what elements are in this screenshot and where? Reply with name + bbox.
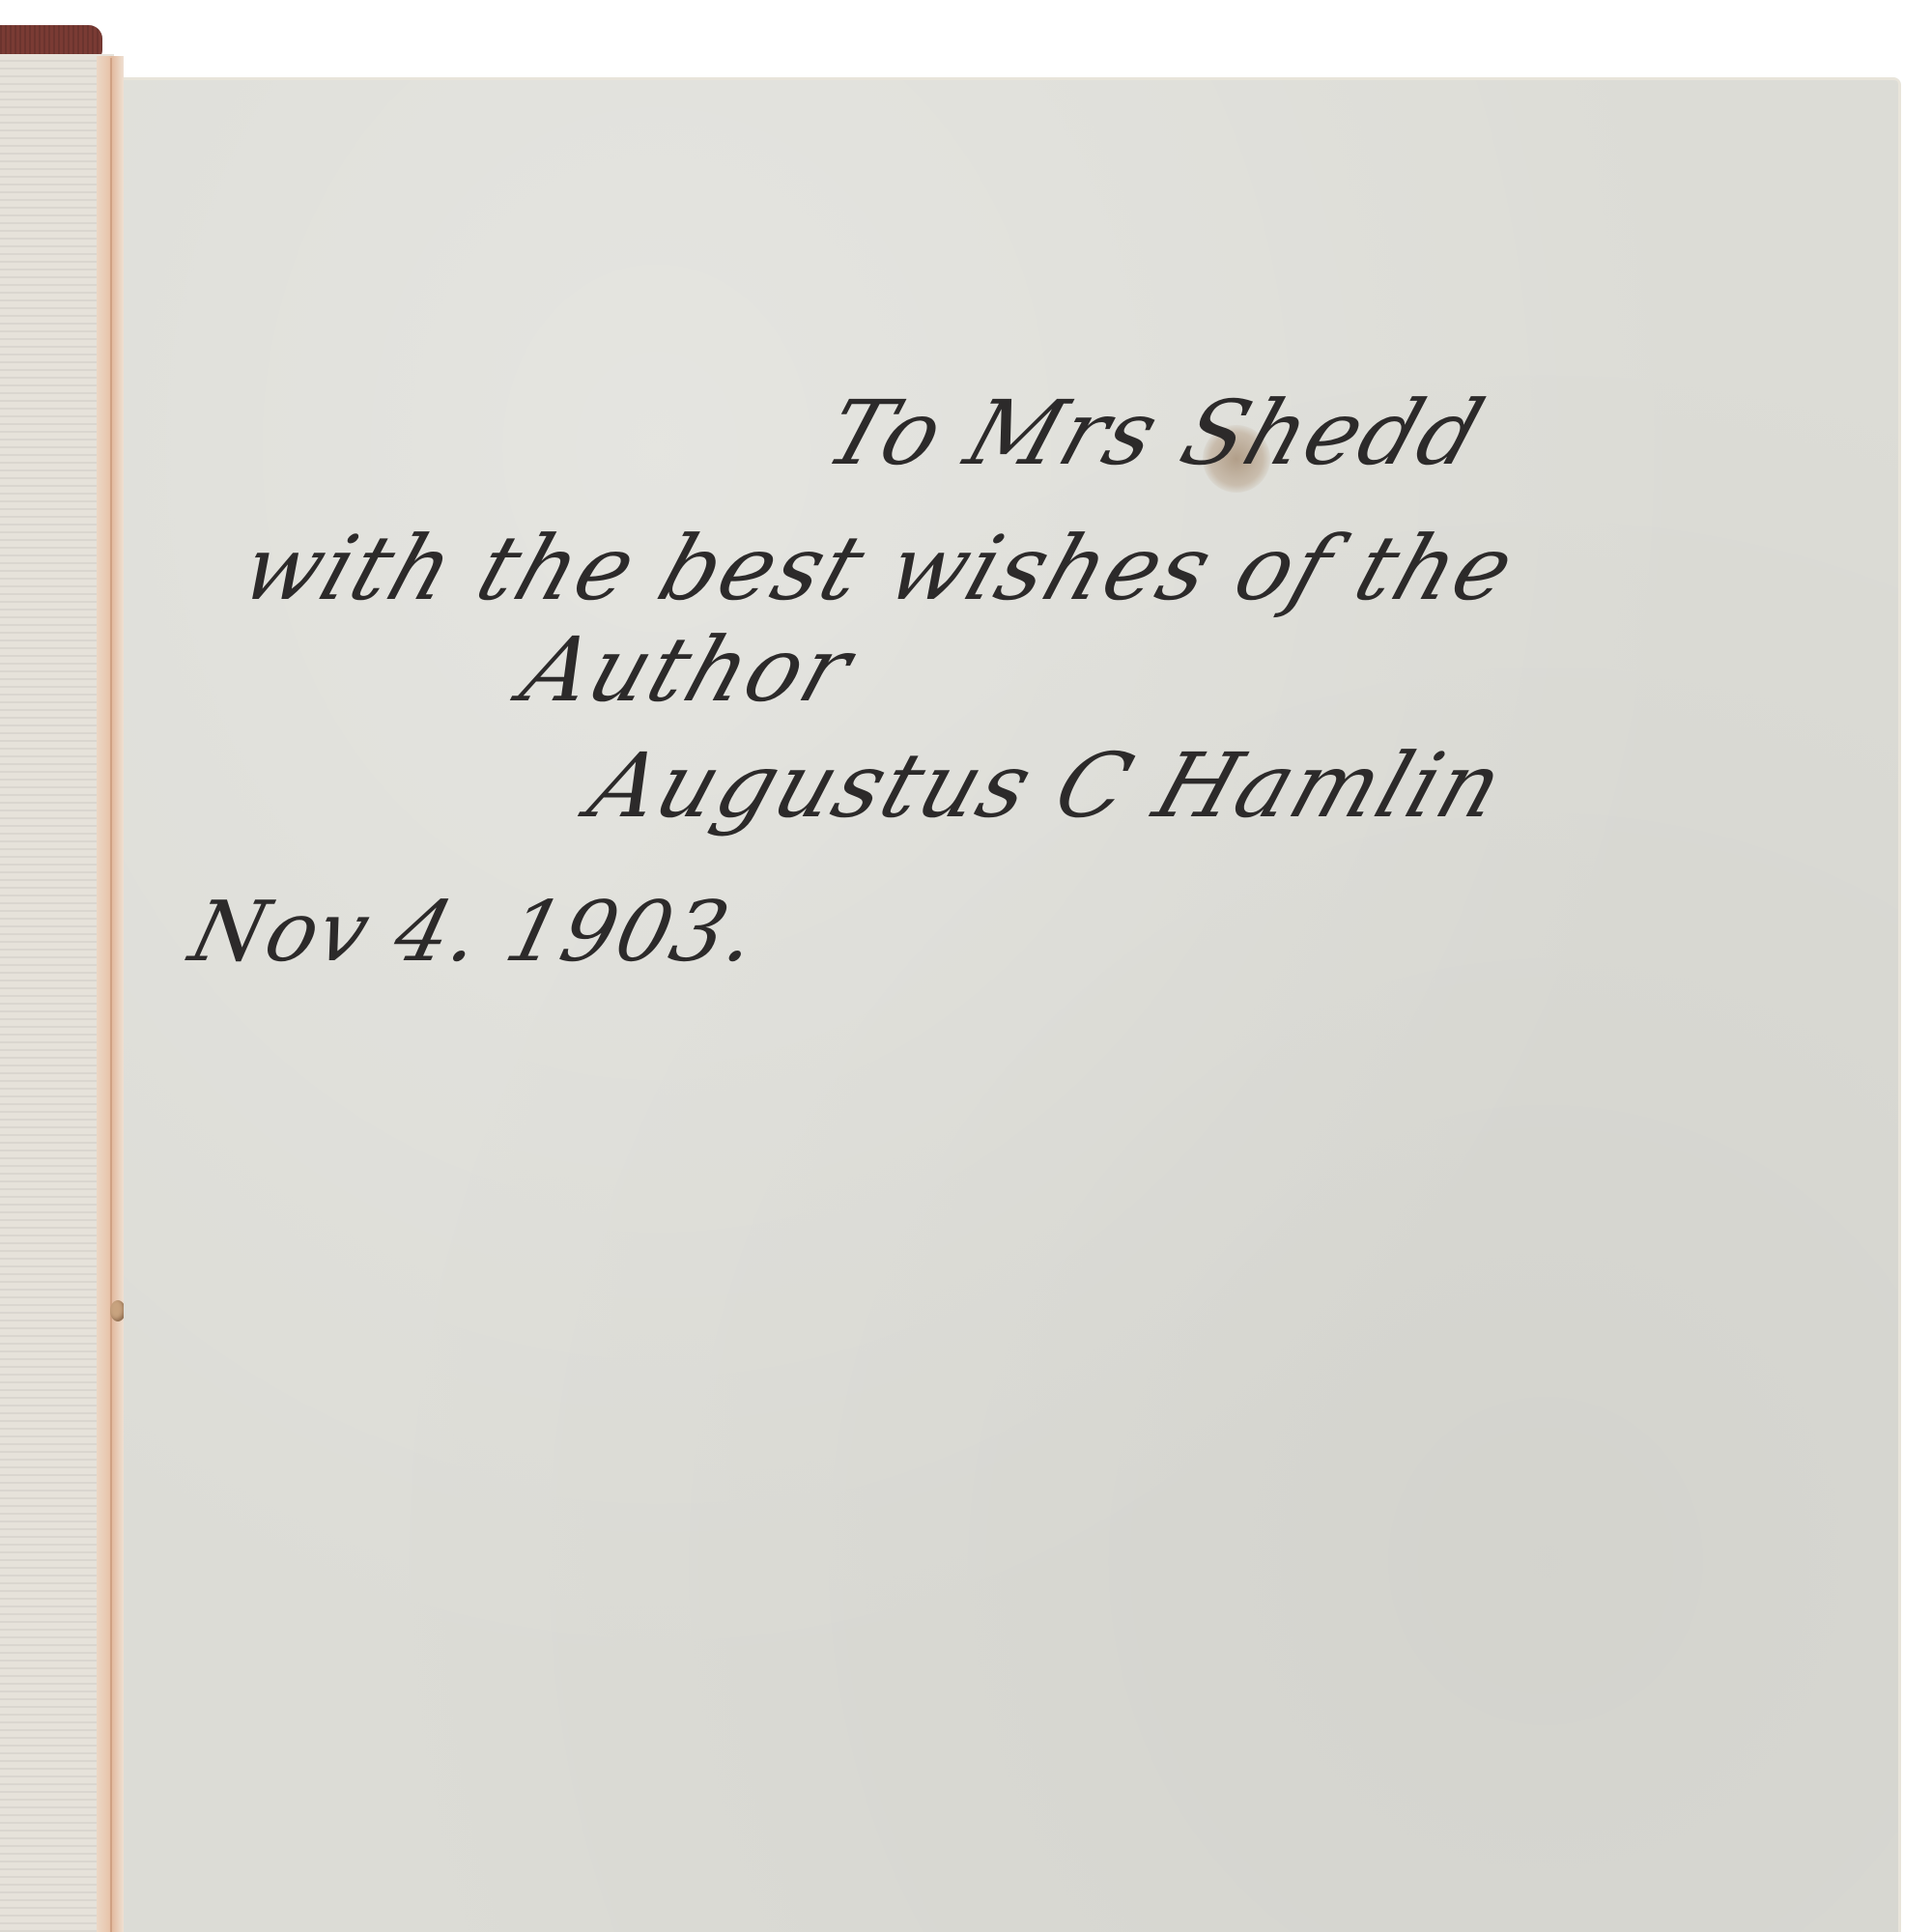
inscription-signature: Augustus C Hamlin <box>578 734 1518 838</box>
inscription-date: Nov 4. 1903. <box>182 884 768 980</box>
inscription-wishes: with the best wishes of the <box>230 517 1528 620</box>
free-endpaper-page <box>124 77 1901 1932</box>
inscription-author: Author <box>510 618 866 722</box>
hinge-crease <box>110 58 112 1932</box>
inscription-dedication: To Mrs Shedd <box>814 382 1497 485</box>
book-photo: To Mrs Shedd with the best wishes of the… <box>0 0 1932 1932</box>
